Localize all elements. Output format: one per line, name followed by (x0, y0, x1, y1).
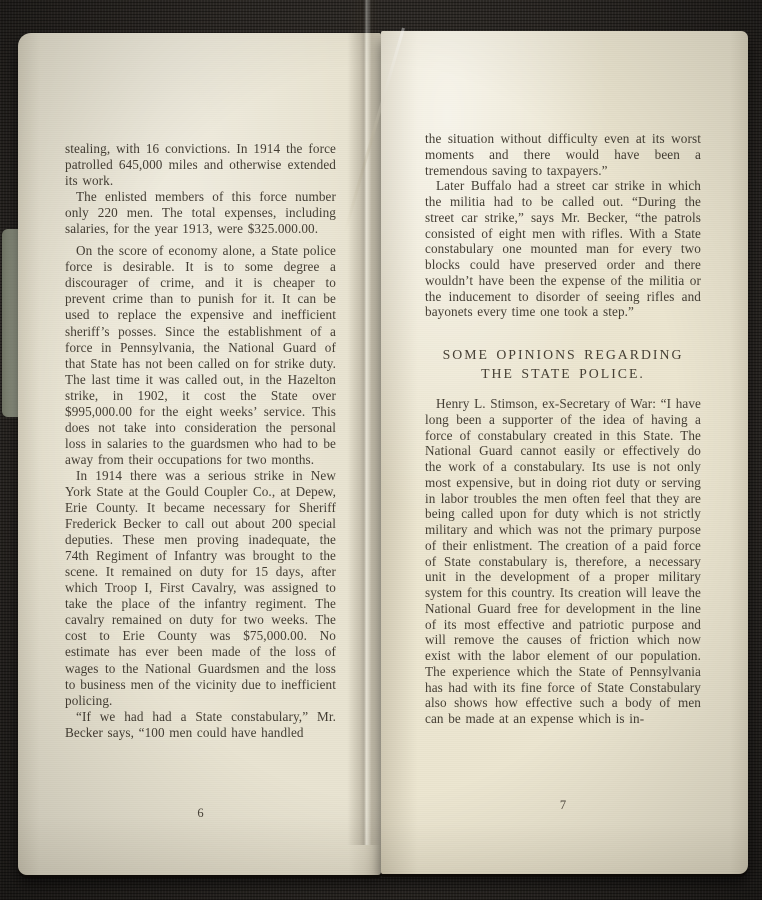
paragraph: “If we had had a State constabulary,” Mr… (65, 709, 336, 741)
section-heading: SOME OPINIONS REGARDING THE STATE POLICE… (427, 346, 699, 383)
paragraph: In 1914 there was a serious strike in Ne… (65, 468, 336, 709)
right-page-text-column: the situation without difficulty even at… (425, 131, 701, 727)
paragraph: The enlisted members of this force numbe… (65, 189, 336, 237)
left-page-text-column: stealing, with 16 convictions. In 1914 t… (65, 141, 336, 741)
paragraph: the situation without difficulty even at… (425, 131, 701, 178)
paragraph: Later Buffalo had a street car strike in… (425, 178, 701, 320)
paragraph: Henry L. Stimson, ex-Secretary of War: “… (425, 396, 701, 727)
page-number-left: 6 (65, 806, 336, 821)
page-number-right: 7 (425, 798, 701, 813)
paragraph: On the score of economy alone, a State p… (65, 243, 336, 468)
photo-background: { "document": { "kind": "printed pamphle… (0, 0, 762, 900)
paragraph: stealing, with 16 convictions. In 1914 t… (65, 141, 336, 189)
